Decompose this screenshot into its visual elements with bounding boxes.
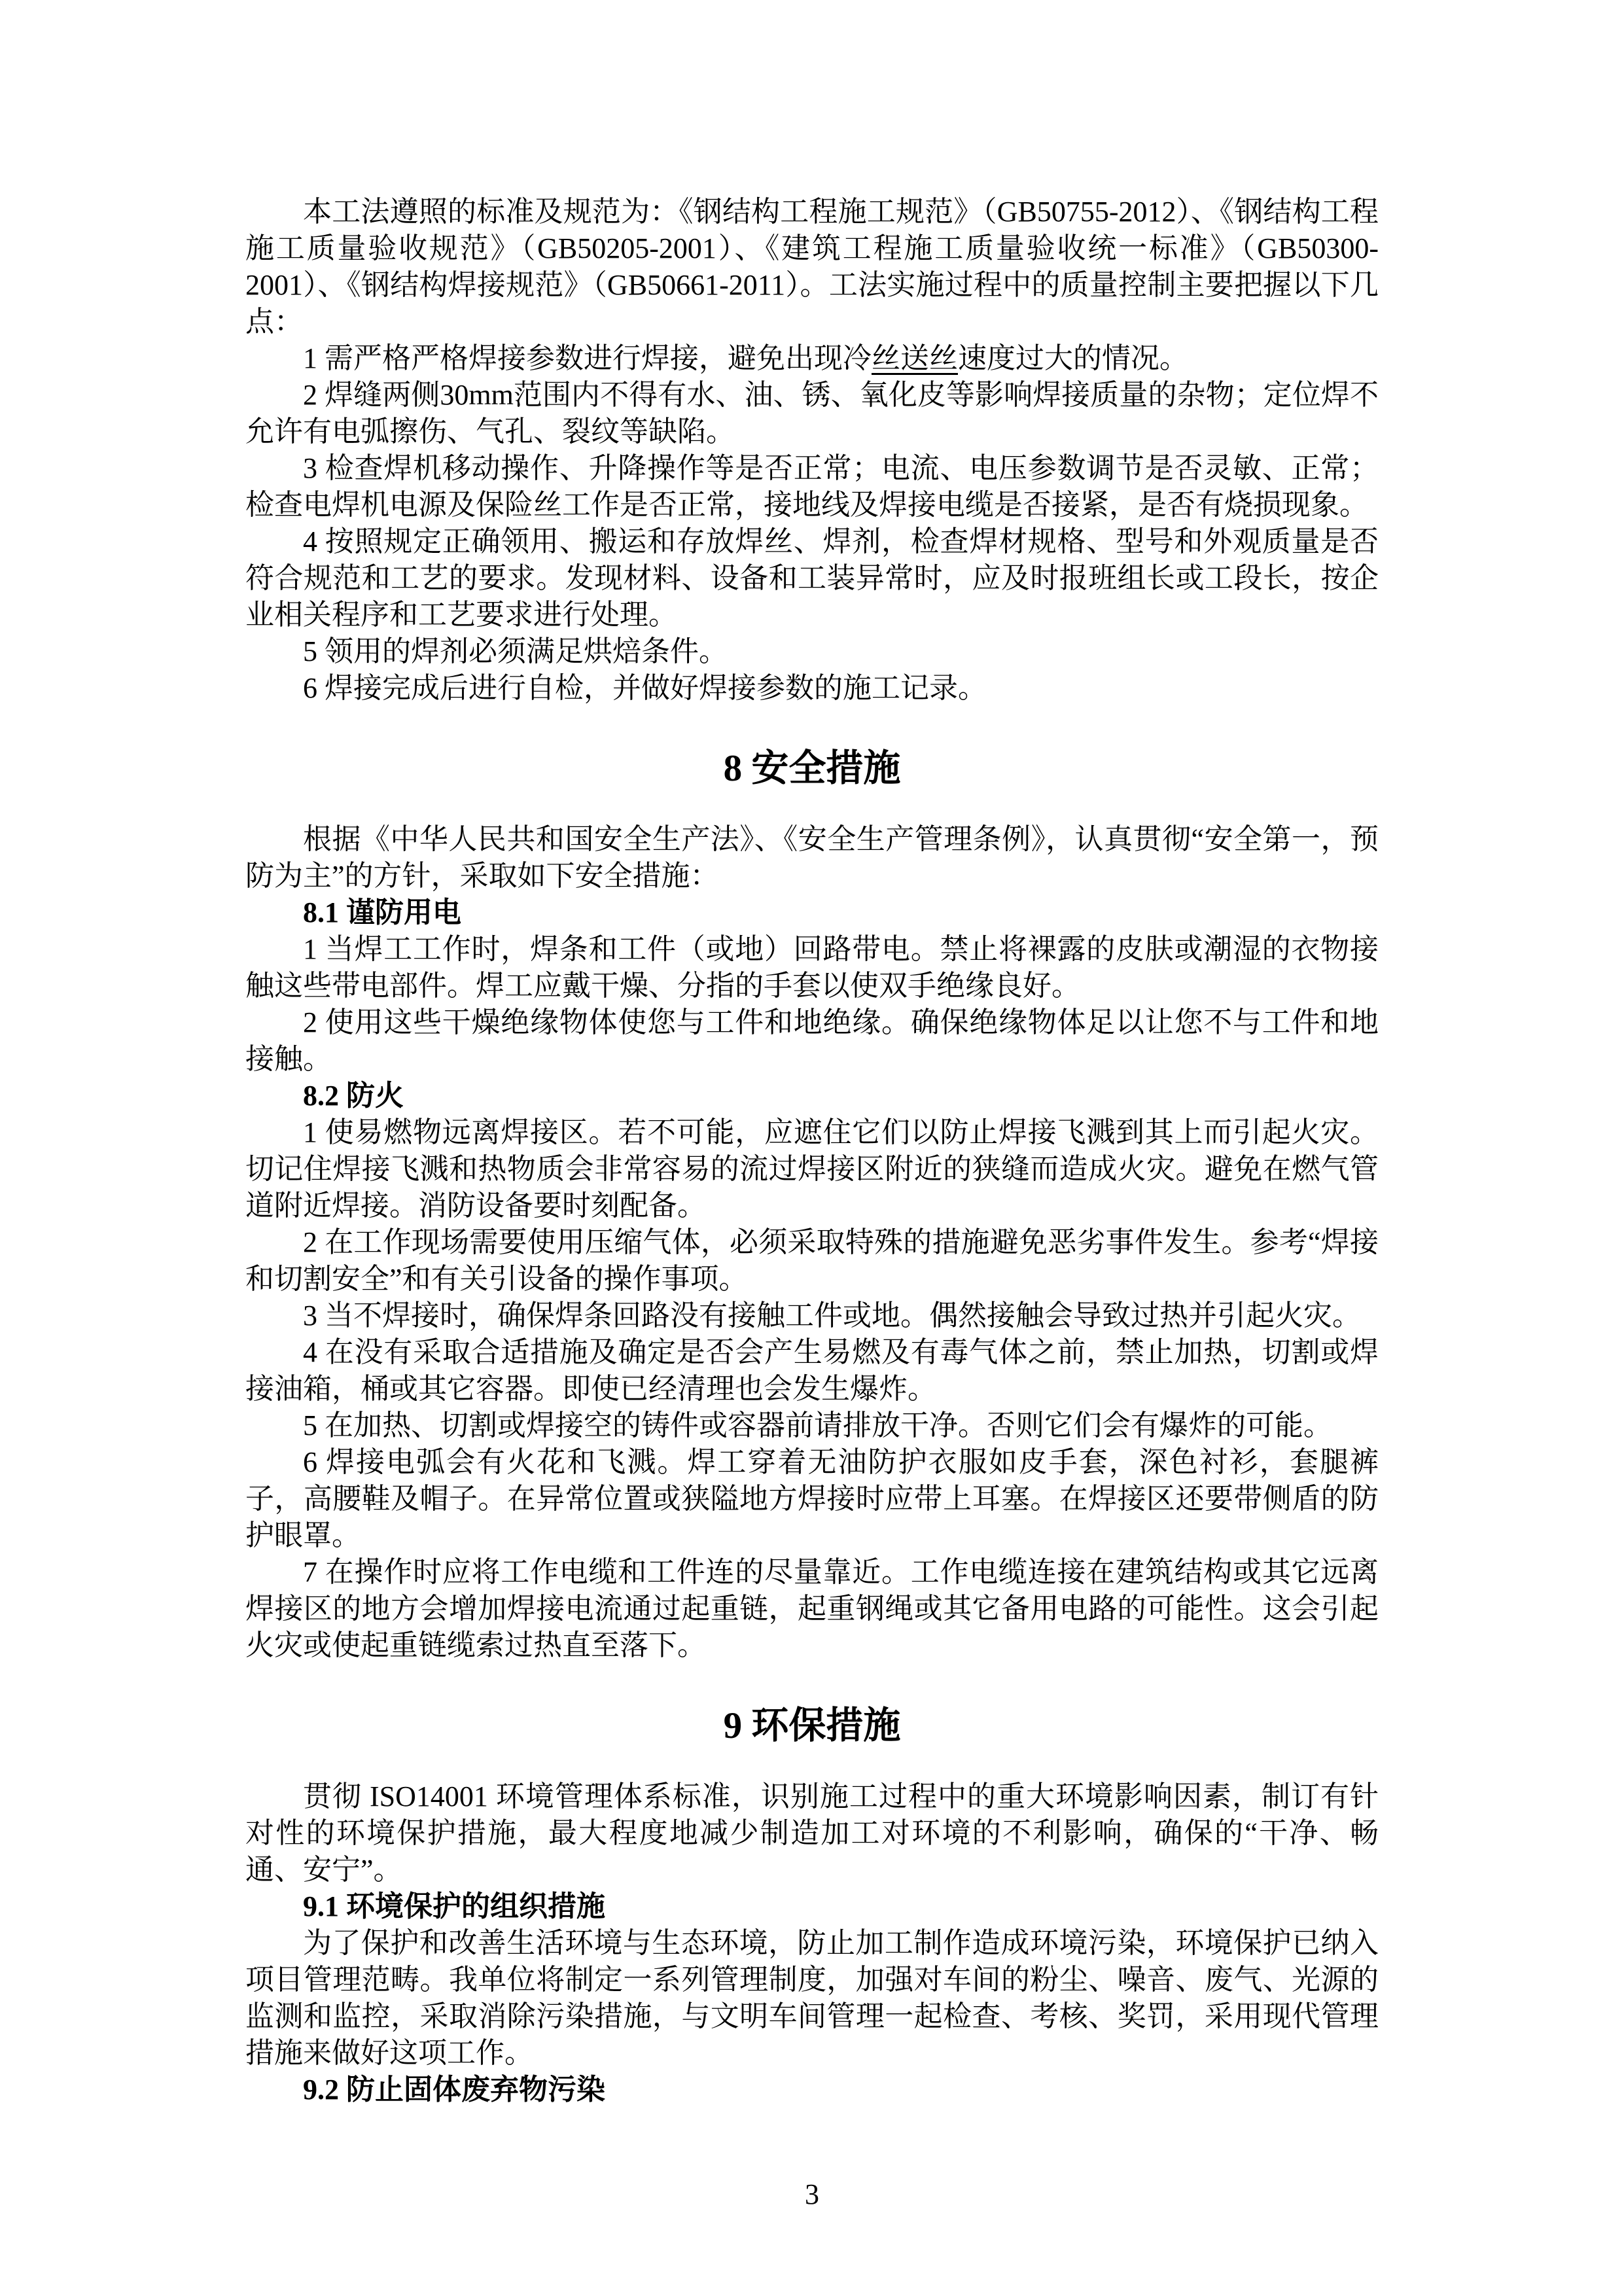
section-8-heading: 8 安全措施 <box>245 746 1379 792</box>
section-9-heading: 9 环保措施 <box>245 1703 1379 1749</box>
document-page: 本工法遵照的标准及规范为：《钢结构工程施工规范》（GB50755-2012）、《… <box>0 0 1624 2296</box>
quality-intro-paragraph: 本工法遵照的标准及规范为：《钢结构工程施工规范》（GB50755-2012）、《… <box>245 194 1379 340</box>
page-number: 3 <box>0 2176 1624 2213</box>
quality-item-3: 3 检查焊机移动操作、升降操作等是否正常；电流、电压参数调节是否灵敏、正常；检查… <box>245 450 1379 523</box>
fire-item-7: 7 在操作时应将工作电缆和工件连的尽量靠近。工作电缆连接在建筑结构或其它远离焊接… <box>245 1554 1379 1664</box>
quality-item-1-post: 速度过大的情况。 <box>958 342 1188 374</box>
quality-item-1-pre: 1 需严格严格焊接参数进行焊接，避免出现冷 <box>303 342 872 374</box>
subsection-9-2-heading: 9.2 防止固体废弃物污染 <box>245 2072 1379 2108</box>
electric-item-1: 1 当焊工工作时，焊条和工件（或地）回路带电。禁止将裸露的皮肤或潮湿的衣物接触这… <box>245 931 1379 1004</box>
document-body: 本工法遵照的标准及规范为：《钢结构工程施工规范》（GB50755-2012）、《… <box>245 194 1379 2108</box>
fire-item-3: 3 当不焊接时，确保焊条回路没有接触工件或地。偶然接触会导致过热并引起火灾。 <box>245 1298 1379 1334</box>
fire-item-4: 4 在没有采取合适措施及确定是否会产生易燃及有毒气体之前，禁止加热，切割或焊接油… <box>245 1334 1379 1407</box>
safety-intro-paragraph: 根据《中华人民共和国安全生产法》、《安全生产管理条例》，认真贯彻“安全第一，预防… <box>245 821 1379 894</box>
environment-org-paragraph: 为了保护和改善生活环境与生态环境，防止加工制作造成环境污染，环境保护已纳入项目管… <box>245 1925 1379 2072</box>
quality-item-6: 6 焊接完成后进行自检，并做好焊接参数的施工记录。 <box>245 670 1379 707</box>
fire-item-1: 1 使易燃物远离焊接区。若不可能，应遮住它们以防止焊接飞溅到其上而引起火灾。切记… <box>245 1114 1379 1224</box>
electric-item-2: 2 使用这些干燥绝缘物体使您与工件和地绝缘。确保绝缘物体足以让您不与工件和地接触… <box>245 1004 1379 1078</box>
quality-item-1-underlined-text: 丝送丝 <box>872 342 958 374</box>
fire-item-5: 5 在加热、切割或焊接空的铸件或容器前请排放干净。否则它们会有爆炸的可能。 <box>245 1407 1379 1444</box>
quality-item-4: 4 按照规定正确领用、搬运和存放焊丝、焊剂，检查焊材规格、型号和外观质量是否符合… <box>245 523 1379 633</box>
environment-intro-paragraph: 贯彻 ISO14001 环境管理体系标准，识别施工过程中的重大环境影响因素，制订… <box>245 1778 1379 1888</box>
quality-item-1: 1 需严格严格焊接参数进行焊接，避免出现冷丝送丝速度过大的情况。 <box>245 340 1379 377</box>
fire-item-2: 2 在工作现场需要使用压缩气体，必须采取特殊的措施避免恶劣事件发生。参考“焊接和… <box>245 1224 1379 1298</box>
subsection-8-1-heading: 8.1 谨防用电 <box>245 894 1379 931</box>
quality-item-2: 2 焊缝两侧30mm范围内不得有水、油、锈、氧化皮等影响焊接质量的杂物；定位焊不… <box>245 377 1379 450</box>
fire-item-6: 6 焊接电弧会有火花和飞溅。焊工穿着无油防护衣服如皮手套，深色衬衫，套腿裤子，高… <box>245 1444 1379 1554</box>
subsection-9-1-heading: 9.1 环境保护的组织措施 <box>245 1888 1379 1925</box>
quality-item-5: 5 领用的焊剂必须满足烘焙条件。 <box>245 633 1379 670</box>
subsection-8-2-heading: 8.2 防火 <box>245 1078 1379 1114</box>
